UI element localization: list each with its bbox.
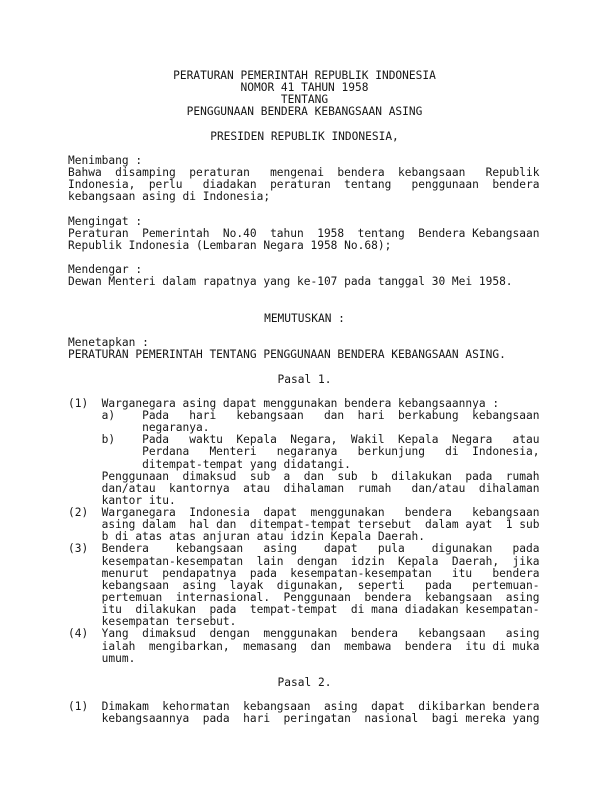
document-line [68, 361, 541, 373]
document-line [68, 204, 541, 216]
document-line [68, 301, 541, 313]
document-line: umum. [68, 653, 541, 665]
document-line: (3) Bendera kebangsaan asing dapat pula … [68, 543, 541, 555]
document-line: kebangsaan asing di Indonesia; [68, 191, 541, 203]
document-line: kebangsaannya pada hari peringatan nasio… [68, 713, 541, 725]
document-page: PERATURAN PEMERINTAH REPUBLIK INDONESIAN… [0, 0, 612, 792]
document-line: Pasal 2. [68, 677, 541, 689]
document-line: Republik Indonesia (Lembaran Negara 1958… [68, 240, 541, 252]
document-line: Pasal 1. [68, 374, 541, 386]
document-line [68, 289, 541, 301]
document-line: kesempatan-kesempatan lain dengan idzin … [68, 556, 541, 568]
document-line [68, 386, 541, 398]
document-line: Mengingat : [68, 216, 541, 228]
document-line: PENGGUNAAN BENDERA KEBANGSAAN ASING [68, 106, 541, 118]
document-line: PERATURAN PEMERINTAH TENTANG PENGGUNAAN … [68, 349, 541, 361]
document-line: Dewan Menteri dalam rapatnya yang ke-107… [68, 276, 541, 288]
document-line: Penggunaan dimaksud sub a dan sub b dila… [68, 471, 541, 483]
document-text-column: PERATURAN PEMERINTAH REPUBLIK INDONESIAN… [68, 70, 541, 726]
document-line: (4) Yang dimaksud dengan menggunakan ben… [68, 628, 541, 640]
document-line: Perdana Menteri negaranya berkunjung di … [68, 446, 541, 458]
document-line: PRESIDEN REPUBLIK INDONESIA, [68, 131, 541, 143]
document-line [68, 119, 541, 131]
document-line: ialah mengibarkan, memasang dan membawa … [68, 641, 541, 653]
document-line: MEMUTUSKAN : [68, 313, 541, 325]
document-line: ditempat-tempat yang didatangi. [68, 459, 541, 471]
